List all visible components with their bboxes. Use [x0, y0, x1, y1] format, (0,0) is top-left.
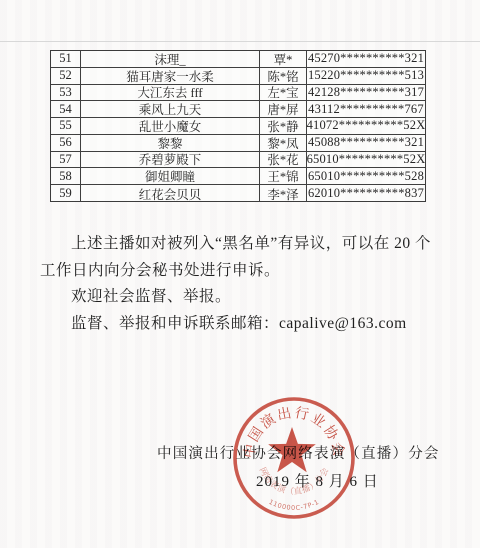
- cell-id-number: 45088**********321: [307, 135, 425, 152]
- cell-id-number: 65010**********528: [307, 168, 425, 185]
- cell-id-number: 65010**********52X: [307, 152, 425, 169]
- table-row: 54 乘风上九天 唐*屏 43112**********767: [51, 101, 425, 118]
- cell-id-number: 41072**********52X: [307, 118, 425, 135]
- cell-real-name: 李*泽: [260, 185, 307, 202]
- appeal-line-3: 欢迎社会监督、举报。: [40, 284, 452, 311]
- appeal-line-2: 工作日内向分会秘书处进行申诉。: [40, 258, 452, 285]
- cell-index: 53: [51, 85, 81, 102]
- cell-index: 59: [51, 185, 81, 202]
- cell-index: 54: [51, 101, 81, 118]
- signature-date: 2019 年 8 月 6 日: [256, 474, 379, 491]
- cell-real-name: 陈*铭: [260, 68, 307, 85]
- cell-index: 55: [51, 118, 81, 135]
- cell-real-name: 张*花: [260, 152, 307, 169]
- cell-id-number: 43112**********767: [307, 101, 425, 118]
- stamp-serial-number: 110000C-7P-1: [267, 498, 320, 512]
- cell-nickname: 乔碧萝殿下: [81, 152, 260, 169]
- signature-organization: 中国演出行业协会网络表演（直播）分会: [157, 446, 440, 463]
- cell-nickname: 黎黎: [81, 135, 260, 152]
- cell-nickname: 乱世小魔女: [81, 118, 260, 135]
- contact-email-line: 监督、举报和申诉联系邮箱：capalive@163.com: [40, 311, 452, 338]
- appeal-line-1: 上述主播如对被列入“黑名单”有异议，可以在 20 个: [40, 231, 452, 258]
- table-row: 55 乱世小魔女 张*静 41072**********52X: [51, 118, 425, 135]
- cell-real-name: 唐*屏: [260, 101, 307, 118]
- svg-text:110000C-7P-1: 110000C-7P-1: [267, 498, 320, 512]
- table-row: 58 御姐卿瞳 王*锦 65010**********528: [51, 168, 425, 185]
- cell-index: 52: [51, 68, 81, 85]
- table-row: 59 红花会贝贝 李*泽 62010**********837: [51, 185, 425, 202]
- cell-nickname: 御姐卿瞳: [81, 168, 260, 185]
- blacklist-table: 51 沫理_ 覃* 45270**********321 52 猫耳唐家一水柔 …: [50, 50, 426, 202]
- cell-real-name: 王*锦: [260, 168, 307, 185]
- cell-id-number: 62010**********837: [307, 185, 425, 202]
- page-seam-line: [0, 41, 480, 42]
- cell-nickname: 乘风上九天: [81, 101, 260, 118]
- cell-index: 57: [51, 152, 81, 169]
- cell-nickname: 红花会贝贝: [81, 185, 260, 202]
- table-row: 51 沫理_ 覃* 45270**********321: [51, 51, 425, 68]
- cell-id-number: 42128**********317: [307, 85, 425, 102]
- cell-nickname: 猫耳唐家一水柔: [81, 68, 260, 85]
- table-row: 53 大江东去 fff 左*宝 42128**********317: [51, 85, 425, 102]
- table-row: 56 黎黎 黎*凤 45088**********321: [51, 135, 425, 152]
- table-row: 57 乔碧萝殿下 张*花 65010**********52X: [51, 152, 425, 169]
- cell-index: 51: [51, 51, 81, 68]
- cell-real-name: 张*静: [260, 118, 307, 135]
- cell-index: 56: [51, 135, 81, 152]
- document-page: 51 沫理_ 覃* 45270**********321 52 猫耳唐家一水柔 …: [0, 0, 480, 548]
- table-row: 52 猫耳唐家一水柔 陈*铭 15220**********513: [51, 68, 425, 85]
- cell-id-number: 15220**********513: [307, 68, 425, 85]
- cell-real-name: 覃*: [260, 51, 307, 68]
- cell-real-name: 左*宝: [260, 85, 307, 102]
- cell-nickname: 沫理_: [81, 51, 260, 68]
- appeal-text: 上述主播如对被列入“黑名单”有异议，可以在 20 个 工作日内向分会秘书处进行申…: [40, 231, 452, 337]
- cell-id-number: 45270**********321: [307, 51, 425, 68]
- cell-real-name: 黎*凤: [260, 135, 307, 152]
- cell-nickname: 大江东去 fff: [81, 85, 260, 102]
- cell-index: 58: [51, 168, 81, 185]
